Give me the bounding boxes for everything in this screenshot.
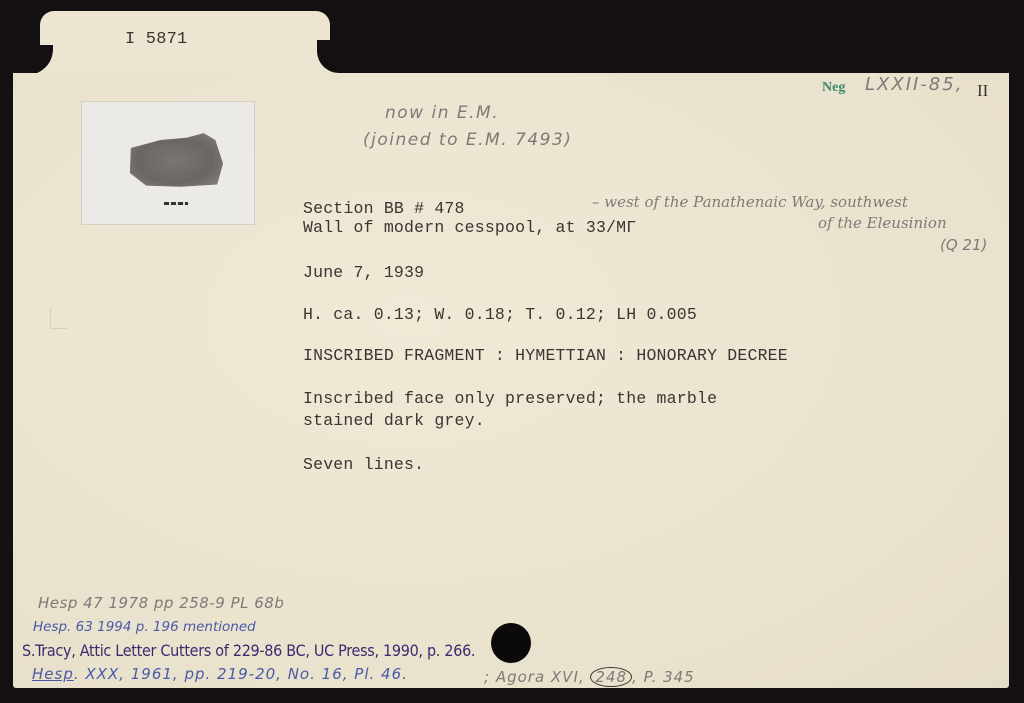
dimensions: H. ca. 0.13; W. 0.18; T. 0.12; LH 0.005	[303, 305, 697, 324]
punch-hole	[491, 623, 531, 663]
catalog-number: I 5871	[125, 30, 187, 49]
section-number: Section BB # 478	[303, 199, 465, 218]
description-line-1: Inscribed face only preserved; the marbl…	[303, 389, 717, 408]
findspot-note-line-3: (Q 21)	[940, 236, 987, 254]
negative-number: LXXII-85,	[865, 74, 963, 95]
circled-number: 248	[590, 667, 632, 687]
fragment-image	[127, 132, 223, 189]
fragment-photo	[81, 101, 255, 225]
reference-hesperia-30: Hesp. XXX, 1961, pp. 219-20, No. 16, Pl.…	[32, 665, 408, 683]
journal-abbrev: Hesp	[32, 665, 74, 683]
negative-stamp-label: Neg	[822, 80, 845, 96]
find-date: June 7, 1939	[303, 263, 424, 282]
reference-tracy: S.Tracy, Attic Letter Cutters of 229-86 …	[22, 641, 475, 660]
agora-prefix: ; Agora XVI,	[484, 668, 590, 686]
paper-stain	[50, 308, 67, 329]
location-note: now in E.M.	[385, 103, 499, 123]
findspot-note-line-1: – west of the Panathenaic Way, southwest	[592, 193, 908, 211]
description-line-2: stained dark grey.	[303, 411, 485, 430]
reference-hesperia-63: Hesp. 63 1994 p. 196 mentioned	[33, 619, 256, 635]
scale-bar-icon	[164, 202, 188, 205]
agora-page: , P. 345	[632, 668, 695, 686]
reference-details: . XXX, 1961, pp. 219-20, No. 16, Pl. 46.	[74, 665, 408, 683]
findspot-note-line-2: of the Eleusinion	[818, 214, 947, 232]
reference-agora-xvi: ; Agora XVI, 248, P. 345	[484, 667, 695, 687]
joined-note: (joined to E.M. 7493)	[363, 130, 572, 150]
reference-hesperia-47: Hesp 47 1978 pp 258-9 PL 68b	[38, 594, 284, 612]
classification: INSCRIBED FRAGMENT : HYMETTIAN : HONORAR…	[303, 346, 788, 365]
negative-roman-numeral: II	[977, 81, 988, 101]
findspot: Wall of modern cesspool, at 33/MΓ	[303, 218, 636, 237]
lines-note: Seven lines.	[303, 455, 424, 474]
